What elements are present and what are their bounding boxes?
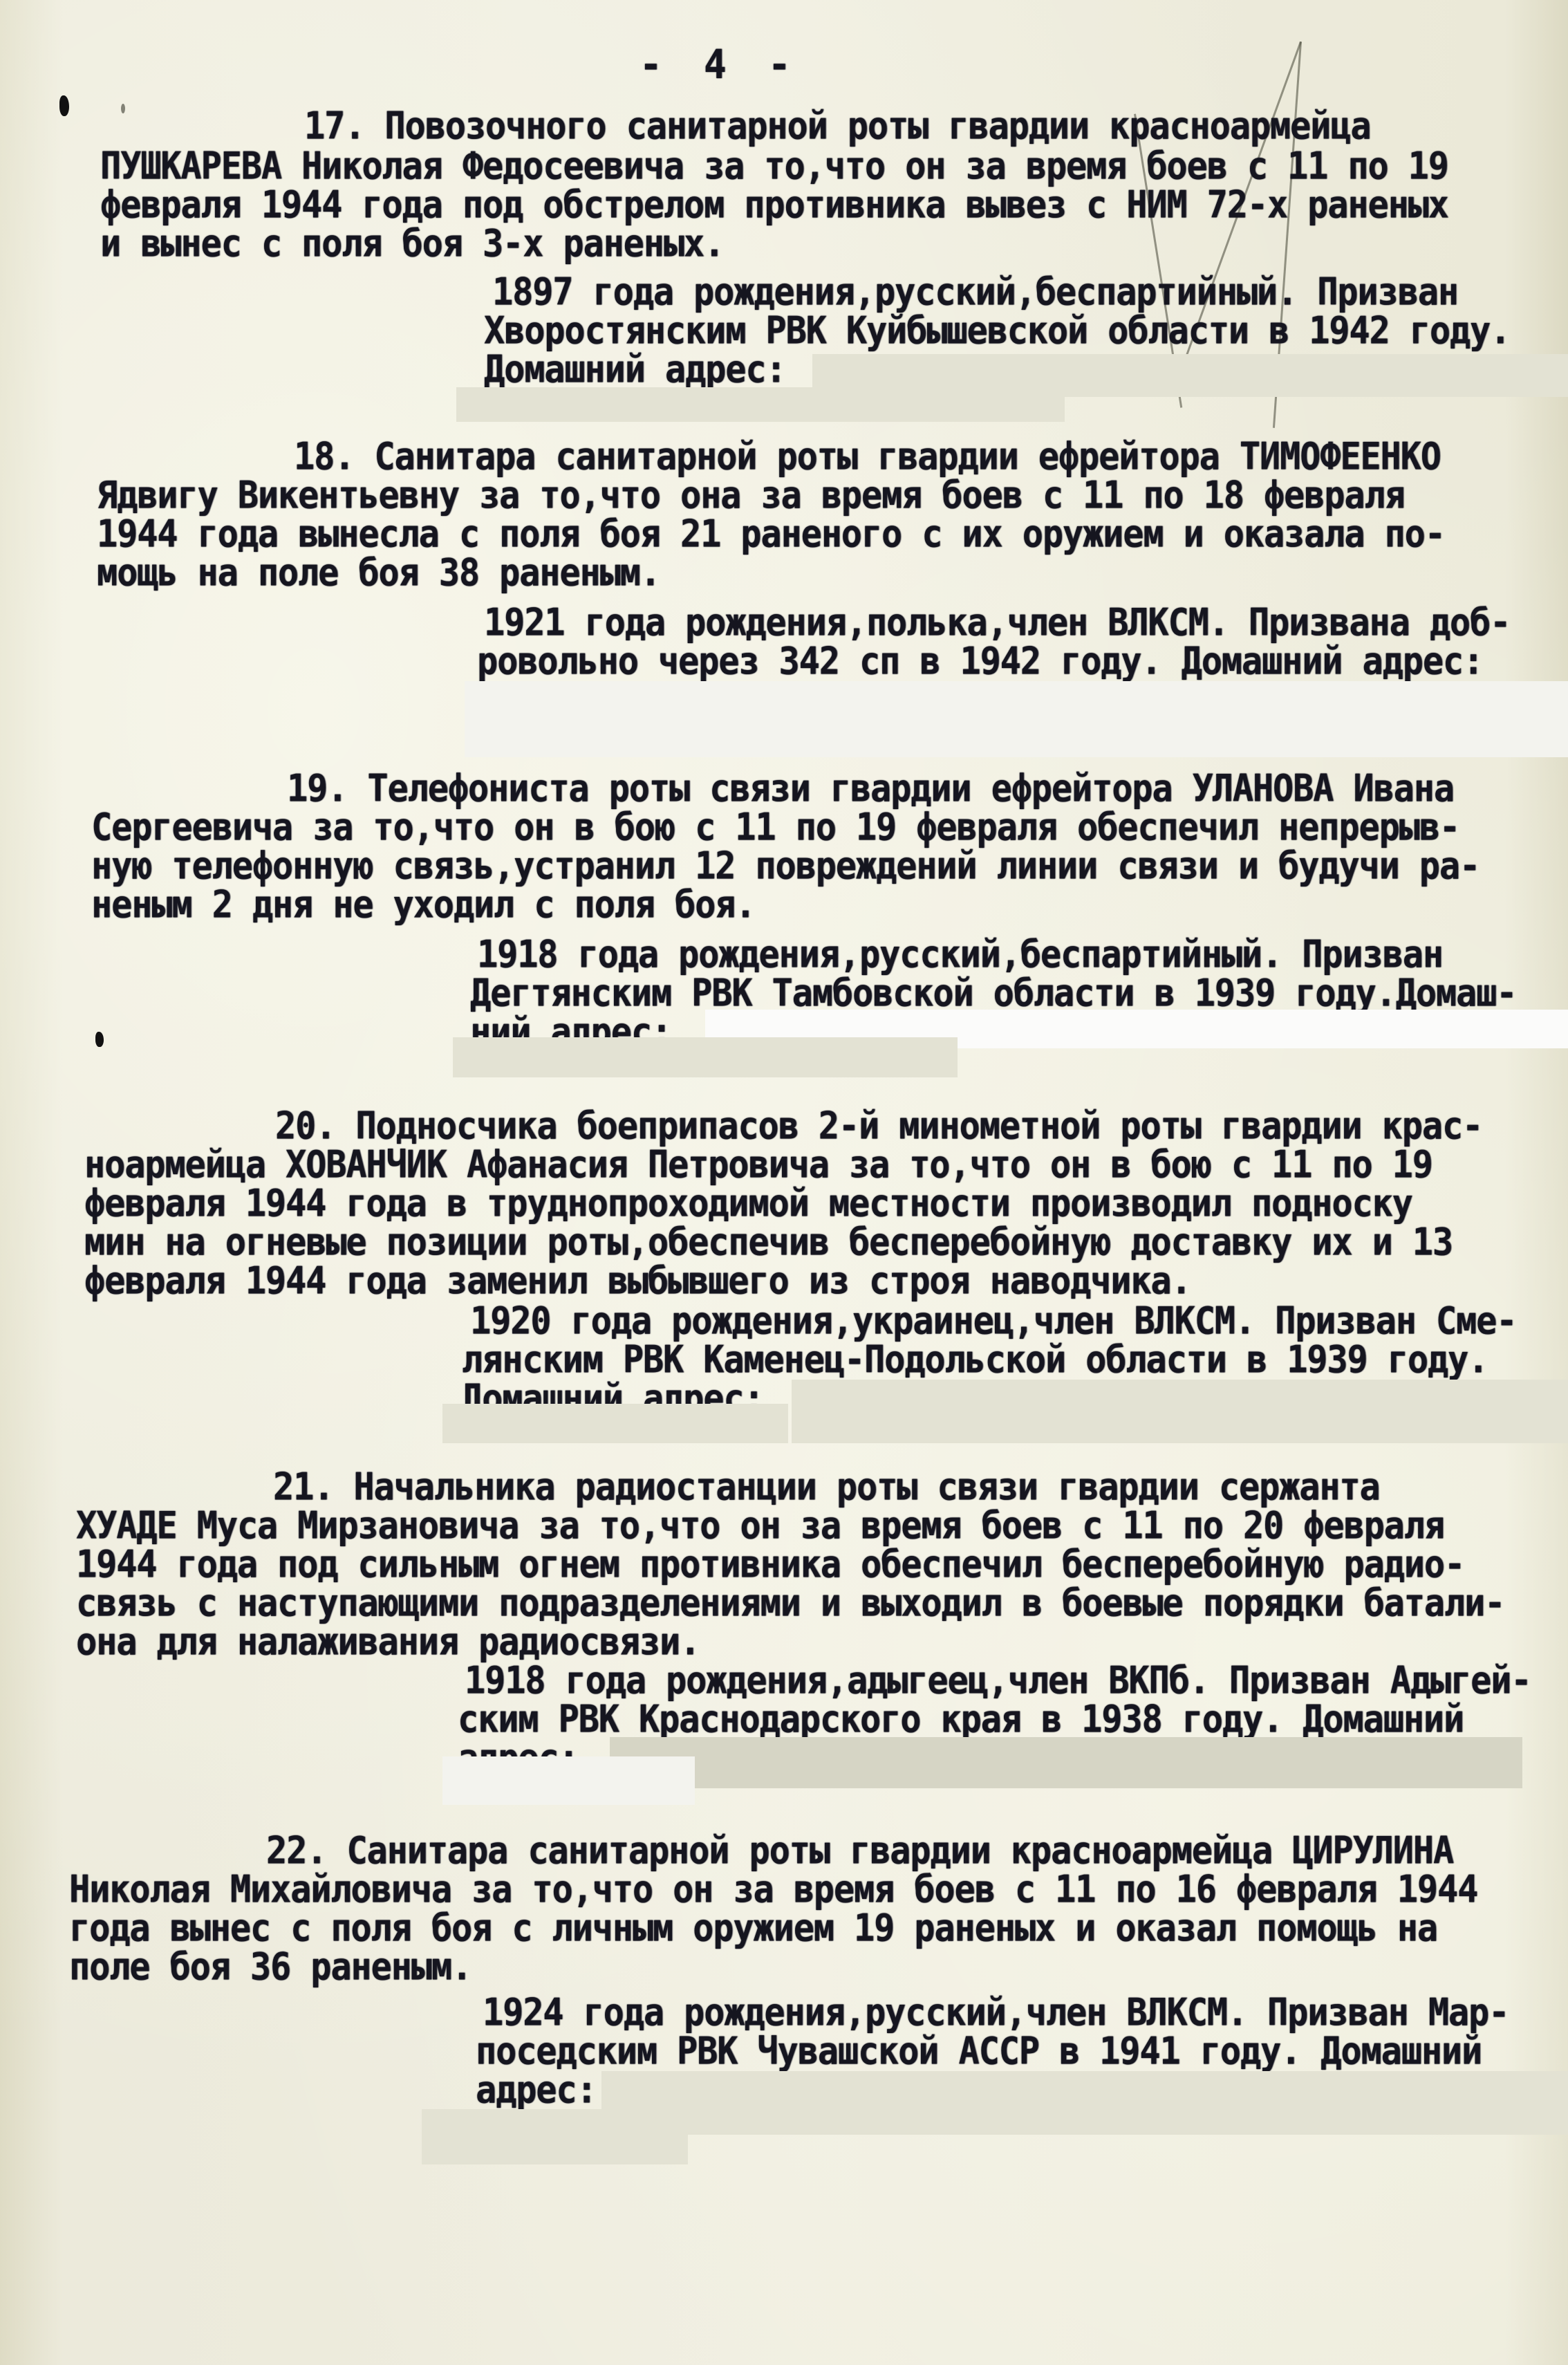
redaction-box bbox=[442, 1404, 788, 1443]
entry-detail-line: 1918 года рождения,адыгеец,член ВКПб. Пр… bbox=[465, 1660, 1556, 1703]
entry-line: неным 2 дня не уходил с поля боя. bbox=[91, 884, 1543, 927]
redaction-box bbox=[456, 387, 1065, 422]
entry-heading-line: 22. Санитара санитарной роты гвардии кра… bbox=[266, 1830, 1568, 1873]
entry-line: и вынес с поля боя 3-х раненых. bbox=[100, 223, 1552, 266]
entry-detail-line: 1918 года рождения,русский,беспартийный.… bbox=[477, 934, 1568, 976]
entry-line: Николая Михайловича за то,что он за врем… bbox=[69, 1868, 1521, 1911]
entry-line: Сергеевича за то,что он в бою с 11 по 19… bbox=[91, 806, 1543, 849]
entry-heading-line: 17. Повозочного санитарной роты гвардии … bbox=[304, 105, 1568, 148]
entry-line: 1944 года вынесла с поля боя 21 раненого… bbox=[97, 513, 1549, 556]
entry-heading-line: 21. Начальника радиостанции роты связи г… bbox=[273, 1466, 1568, 1509]
entry-detail-line: 1921 года рождения,полька,член ВЛКСМ. Пр… bbox=[484, 602, 1568, 644]
entry-line: года вынес с поля боя с личным оружием 1… bbox=[69, 1907, 1521, 1950]
entry-line: февраля 1944 года в труднопроходимой мес… bbox=[84, 1182, 1536, 1225]
redaction-box bbox=[610, 1737, 1522, 1788]
entry-line: февраля 1944 года заменил выбывшего из с… bbox=[84, 1260, 1536, 1303]
entry-detail-line: ским РВК Краснодарского края в 1938 году… bbox=[458, 1698, 1549, 1741]
entry-detail-line: 1897 года рождения,русский,беспартийный.… bbox=[492, 271, 1568, 314]
redaction-box bbox=[601, 2071, 1568, 2135]
redaction-box bbox=[422, 2109, 688, 2164]
redaction-box bbox=[453, 1037, 958, 1077]
margin-speck bbox=[121, 104, 125, 113]
entry-detail-line: лянским РВК Каменец-Подольской области в… bbox=[462, 1339, 1553, 1382]
page-number: - 4 - bbox=[640, 43, 801, 86]
entry-line: Ядвигу Викентьевну за то,что она за врем… bbox=[97, 474, 1549, 517]
entry-line: ную телефонную связь,устранил 12 поврежд… bbox=[91, 845, 1543, 888]
entry-line: она для налаживания радиосвязи. bbox=[76, 1621, 1528, 1664]
entry-detail-line: поседским РВК Чувашской АССР в 1941 году… bbox=[476, 2030, 1567, 2073]
entry-line: мин на огневые позиции роты,обеспечив бе… bbox=[84, 1221, 1536, 1264]
margin-ink-blot bbox=[95, 1032, 104, 1047]
redaction-box bbox=[792, 1380, 1568, 1443]
entry-line: ХУАДЕ Муса Мирзановича за то,что он за в… bbox=[76, 1505, 1528, 1548]
entry-line: поле боя 36 раненым. bbox=[69, 1946, 1521, 1989]
margin-ink-blot bbox=[59, 95, 69, 116]
entry-heading-line: 20. Подносчика боеприпасов 2-й минометно… bbox=[275, 1105, 1568, 1148]
entry-line: 1944 года под сильным огнем противника о… bbox=[76, 1543, 1528, 1586]
entry-detail-line: ровольно через 342 сп в 1942 году. Домаш… bbox=[477, 640, 1568, 683]
entry-heading-line: 18. Санитара санитарной роты гвардии ефр… bbox=[294, 436, 1568, 479]
entry-line: февраля 1944 года под обстрелом противни… bbox=[100, 184, 1552, 227]
entry-detail-line: Дегтянским РВК Тамбовской области в 1939… bbox=[470, 972, 1561, 1015]
entry-line: связь с наступающими подразделениями и в… bbox=[76, 1582, 1528, 1625]
entry-line: ноармейца ХОВАНЧИК Афанасия Петровича за… bbox=[84, 1144, 1536, 1187]
entry-line: мощь на поле боя 38 раненым. bbox=[97, 552, 1549, 595]
entry-heading-line: 19. Телефониста роты связи гвардии ефрей… bbox=[287, 768, 1568, 810]
redaction-box bbox=[442, 1756, 695, 1805]
redaction-box bbox=[465, 681, 1568, 757]
entry-detail-line: 1924 года рождения,русский,член ВЛКСМ. П… bbox=[483, 1992, 1568, 2034]
entry-detail-line: Хворостянским РВК Куйбышевской области в… bbox=[484, 310, 1568, 353]
entry-detail-line: 1920 года рождения,украинец,член ВЛКСМ. … bbox=[470, 1300, 1561, 1343]
entry-line: ПУШКАРЕВА Николая Федосеевича за то,что … bbox=[100, 145, 1552, 188]
